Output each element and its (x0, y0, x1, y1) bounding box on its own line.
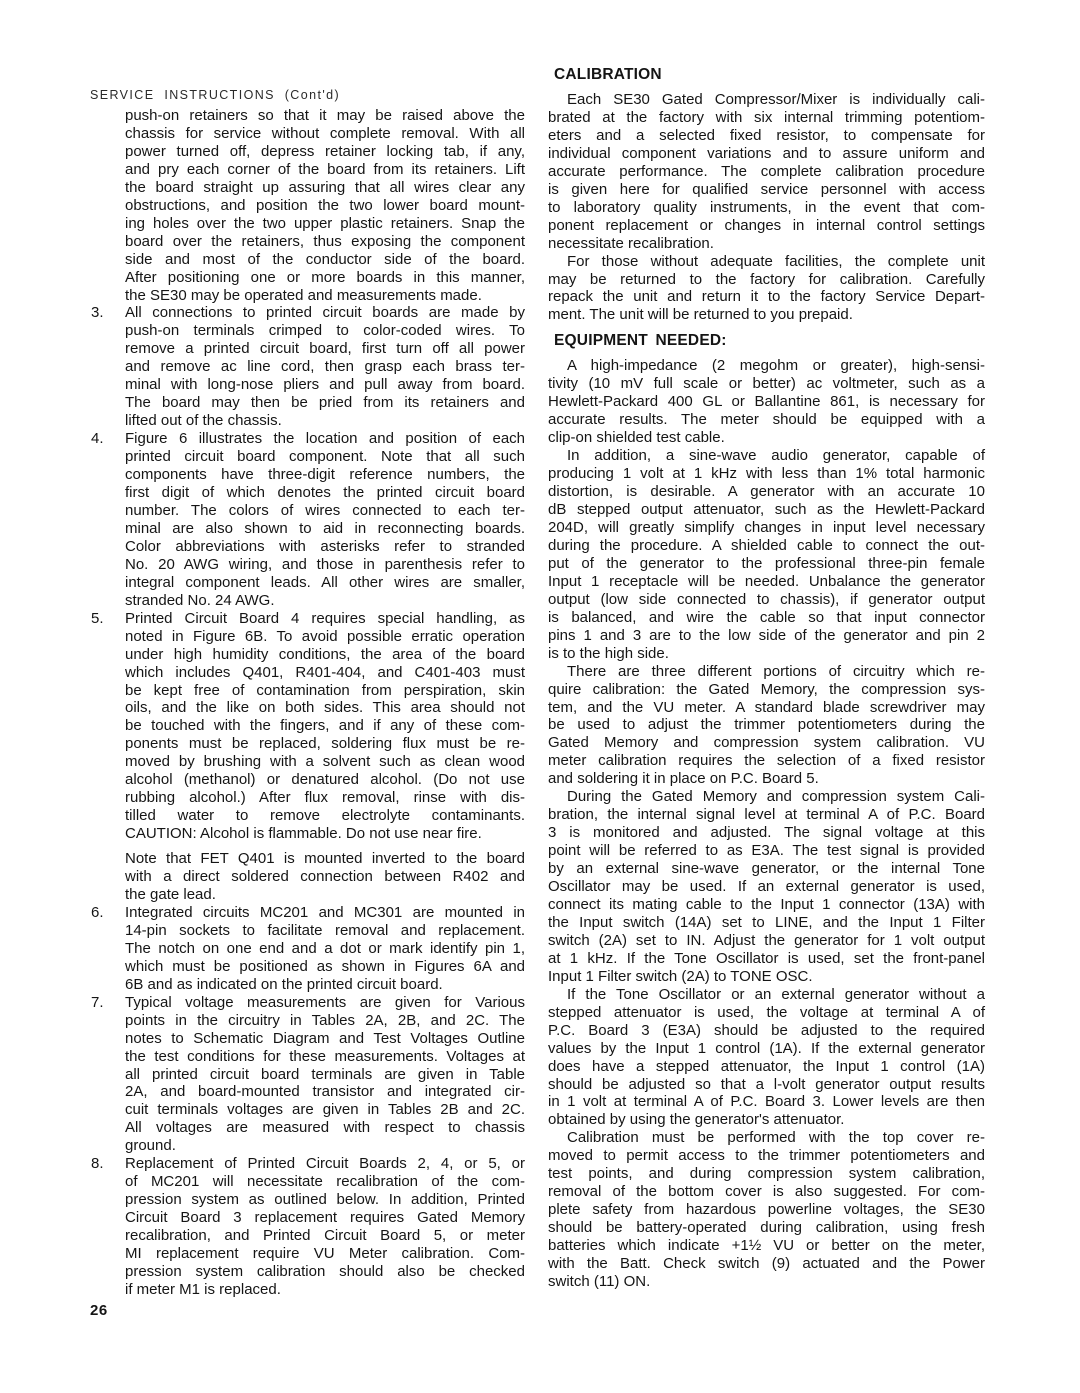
text-line: The board may then be pried from its ret… (125, 394, 525, 412)
list-item: 7.Typical voltage measurements are given… (91, 994, 525, 1156)
text-line: side and most of the conductor side of t… (125, 251, 525, 269)
text-line: No. 20 AWG wiring, and those in parenthe… (125, 556, 525, 574)
text-line: producing 1 volt at 1 kHz with less than… (548, 465, 985, 483)
text-line: which must be positioned as shown in Fig… (125, 958, 525, 976)
text-line: be used to adjust the trimmer potentiome… (548, 716, 985, 734)
text-line: The notch on one end and a dot or mark i… (125, 940, 525, 958)
text-line: notes to Schematic Diagram and Test Volt… (125, 1030, 525, 1048)
text-line: Integrated circuits MC201 and MC301 are … (125, 904, 525, 922)
text-line: all printed circuit board terminals are … (125, 1066, 525, 1084)
paragraph: In addition, a sine-wave audio generator… (548, 447, 985, 662)
text-line: printed circuit board component. Note th… (125, 448, 525, 466)
text-line: 204D, will greatly simplify changes in i… (548, 519, 985, 537)
text-line: tilled water to remove electrolyte conta… (125, 807, 525, 825)
text-line: ponents must be replaced, soldering flux… (125, 735, 525, 753)
text-line: is balanced, and wire the cable so that … (548, 609, 985, 627)
text-line: dB stepped output attenuator, such as th… (548, 501, 985, 519)
text-line: noted in Figure 6B. To avoid possible er… (125, 628, 525, 646)
text-line: In addition, a sine-wave audio generator… (548, 447, 985, 465)
text-line: test points, and during compression syst… (548, 1165, 985, 1183)
text-line: and remove ac line cord, then grasp each… (125, 358, 525, 376)
paragraph: Each SE30 Gated Compressor/Mixer is indi… (548, 91, 985, 253)
text-line: push-on terminals crimped to color-coded… (125, 322, 525, 340)
text-line: minal with long-nose pliers and pull awa… (125, 376, 525, 394)
text-line: necessitate recalibration. (548, 235, 985, 253)
text-line: rubbing alcohol.) After flux removal, ri… (125, 789, 525, 807)
text-line: If the Tone Oscillator or an external ge… (548, 986, 985, 1004)
text-line: Gated Memory and compression system cali… (548, 734, 985, 752)
list-item-text: Replacement of Printed Circuit Boards 2,… (125, 1155, 525, 1299)
text-line: and soldering it in place on P.C. Board … (548, 770, 985, 788)
text-line: under high humidity conditions, the area… (125, 646, 525, 664)
text-line: does have a stepped attenuator, the Inpu… (548, 1058, 985, 1076)
text-line: integral component leads. All other wire… (125, 574, 525, 592)
text-line: points in the circuitry in Tables 2A, 2B… (125, 1012, 525, 1030)
list-item: 3.All connections to printed circuit boa… (91, 304, 525, 430)
text-line: should be battery-operated during calibr… (548, 1219, 985, 1237)
note-paragraph: Note that FET Q401 is mounted inverted t… (125, 850, 525, 904)
text-line: During the Gated Memory and compression … (548, 788, 985, 806)
text-line: Oscillator may be used. If an external g… (548, 878, 985, 896)
text-line: power turned off, depress retainer locki… (125, 143, 525, 161)
text-line: number. The colors of wires connected to… (125, 502, 525, 520)
left-column: push-on retainers so that it may be rais… (91, 107, 525, 1299)
text-line: ing holes over the two upper plastic ret… (125, 215, 525, 233)
text-line: at 1 kHz. If the Tone Oscillator is used… (548, 950, 985, 968)
list-item-text: Typical voltage measurements are given f… (125, 994, 525, 1156)
text-line: ground. (125, 1137, 525, 1155)
text-line: pression system as outlined below. In ad… (125, 1191, 525, 1209)
text-line: brated at the factory with six internal … (548, 109, 985, 127)
text-line: to laboratory quality instruments, in th… (548, 199, 985, 217)
list-item-number: 4. (91, 430, 125, 610)
text-line: with the Batt. Check switch (9) actuated… (548, 1255, 985, 1273)
text-line: Figure 6 illustrates the location and po… (125, 430, 525, 448)
list-item: 4.Figure 6 illustrates the location and … (91, 430, 525, 610)
text-line: Circuit Board 3 replacement requires Gat… (125, 1209, 525, 1227)
list-item-number: 6. (91, 904, 125, 994)
text-line: Calibration must be performed with the t… (548, 1129, 985, 1147)
text-line: ment. The unit will be returned to you p… (548, 306, 985, 324)
text-line: switch (11) ON. (548, 1273, 985, 1291)
text-line: with a direct soldered connection betwee… (125, 868, 525, 886)
text-line: the SE30 may be operated and measurement… (125, 287, 525, 305)
text-line: accurate performance. The complete calib… (548, 163, 985, 181)
text-line: connect its mating cable to the Input 1 … (548, 896, 985, 914)
right-column: CALIBRATIONEach SE30 Gated Compressor/Mi… (548, 66, 985, 1291)
paragraph: Calibration must be performed with the t… (548, 1129, 985, 1291)
paragraph: push-on retainers so that it may be rais… (125, 107, 525, 304)
list-item: 8.Replacement of Printed Circuit Boards … (91, 1155, 525, 1299)
text-line: stranded No. 24 AWG. (125, 592, 525, 610)
text-line: point will be referred to as E3A. The te… (548, 842, 985, 860)
text-line: may be returned to the factory for calib… (548, 271, 985, 289)
text-line: P.C. Board 3 (E3A) should be adjusted to… (548, 1022, 985, 1040)
text-line: meter calibration requires the selection… (548, 752, 985, 770)
text-line: by an external sine-wave generator, or t… (548, 860, 985, 878)
text-line: is to the high side. (548, 645, 985, 663)
text-line: 3 is monitored and adjusted. The signal … (548, 824, 985, 842)
list-item-number: 5. (91, 610, 125, 843)
text-line: tem, and the VU meter. A standard blade … (548, 699, 985, 717)
section-heading: EQUIPMENT NEEDED: (554, 332, 985, 350)
text-line: the gate lead. (125, 886, 525, 904)
page-number: 26 (90, 1302, 108, 1319)
text-line: be kept free of contamination from persp… (125, 682, 525, 700)
text-line: moved to permit access to the trimmer po… (548, 1147, 985, 1165)
paragraph: If the Tone Oscillator or an external ge… (548, 986, 985, 1130)
text-line: be touched with the fingers, and if any … (125, 717, 525, 735)
paragraph: For those without adequate facilities, t… (548, 253, 985, 325)
text-line: A high-impedance (2 megohm or greater), … (548, 357, 985, 375)
text-line: Typical voltage measurements are given f… (125, 994, 525, 1012)
text-line: tivity (10 mV full scale or better) ac v… (548, 375, 985, 393)
text-line: For those without adequate facilities, t… (548, 253, 985, 271)
text-line: Printed Circuit Board 4 requires special… (125, 610, 525, 628)
text-line: the test conditions for these measuremen… (125, 1048, 525, 1066)
list-item-number: 7. (91, 994, 125, 1156)
text-line: 14-pin sockets to facilitate removal and… (125, 922, 525, 940)
text-line: is given here for qualified service pers… (548, 181, 985, 199)
text-line: 2A, and board-mounted transistor and int… (125, 1083, 525, 1101)
list-item: 6.Integrated circuits MC201 and MC301 ar… (91, 904, 525, 994)
text-line: board over the retainers, thus exposing … (125, 233, 525, 251)
text-line: distortion, is desirable. A generator wi… (548, 483, 985, 501)
list-item-number: 3. (91, 304, 125, 430)
text-line: Each SE30 Gated Compressor/Mixer is indi… (548, 91, 985, 109)
text-line: repack the unit and return it to the fac… (548, 288, 985, 306)
text-line: which includes Q401, R401-404, and C401-… (125, 664, 525, 682)
text-line: Input 1 receptacle will be needed. Unbal… (548, 573, 985, 591)
text-line: and pry each corner of the board from it… (125, 161, 525, 179)
text-line: Hewlett-Packard 400 GL or Ballantine 861… (548, 393, 985, 411)
text-line: push-on retainers so that it may be rais… (125, 107, 525, 125)
text-line: pression system calibration should also … (125, 1263, 525, 1281)
list-item-text: All connections to printed circuit board… (125, 304, 525, 430)
text-line: during the procedure. A shielded cable t… (548, 537, 985, 555)
text-line: oils, and the like on both sides. This a… (125, 699, 525, 717)
text-line: obtained by using the generator's attenu… (548, 1111, 985, 1129)
text-line: quire calibration: the Gated Memory, the… (548, 681, 985, 699)
text-line: switch (2A) set to IN. Adjust the genera… (548, 932, 985, 950)
text-line: first digit of which denotes the printed… (125, 484, 525, 502)
text-line: 6B and as indicated on the printed circu… (125, 976, 525, 994)
text-line: There are three different portions of ci… (548, 663, 985, 681)
paragraph: During the Gated Memory and compression … (548, 788, 985, 985)
text-line: of MC201 will necessitate recalibration … (125, 1173, 525, 1191)
text-line: pins 1 and 3 are to the low side of the … (548, 627, 985, 645)
text-line: All connections to printed circuit board… (125, 304, 525, 322)
section-heading: CALIBRATION (554, 66, 985, 84)
text-line: chassis for service without complete rem… (125, 125, 525, 143)
text-line: individual component variations and to a… (548, 145, 985, 163)
paragraph: A high-impedance (2 megohm or greater), … (548, 357, 985, 447)
text-line: After positioning one or more boards in … (125, 269, 525, 287)
text-line: minal are also shown to aid in reconnect… (125, 520, 525, 538)
text-line: batteries which indicate +1½ VU or bette… (548, 1237, 985, 1255)
list-item-text: Printed Circuit Board 4 requires special… (125, 610, 525, 843)
list-item-text: Figure 6 illustrates the location and po… (125, 430, 525, 610)
text-line: stepped attenuator is used, the voltage … (548, 1004, 985, 1022)
text-line: alcohol (methanol) or denatured alcohol.… (125, 771, 525, 789)
text-line: recalibration, and Printed Circuit Board… (125, 1227, 525, 1245)
section-header: SERVICE INSTRUCTIONS (Cont'd) (90, 88, 340, 102)
list-item-number: 8. (91, 1155, 125, 1299)
text-line: plete safety from hazardous powerline vo… (548, 1201, 985, 1219)
list-item-text: Integrated circuits MC201 and MC301 are … (125, 904, 525, 994)
text-line: Note that FET Q401 is mounted inverted t… (125, 850, 525, 868)
text-line: lifted out of the chassis. (125, 412, 525, 430)
text-line: Color abbreviations with asterisks refer… (125, 538, 525, 556)
text-line: All voltages are measured with respect t… (125, 1119, 525, 1137)
text-line: in 1 volt at terminal A of P.C. Board 3.… (548, 1093, 985, 1111)
text-line: eters and a selected fixed resistor, to … (548, 127, 985, 145)
text-line: remove a printed circuit board, first tu… (125, 340, 525, 358)
text-line: obstructions, and position the two lower… (125, 197, 525, 215)
paragraph: There are three different portions of ci… (548, 663, 985, 789)
text-line: the board straight up assuring that all … (125, 179, 525, 197)
text-line: if meter M1 is replaced. (125, 1281, 525, 1299)
text-line: output (low side connected to chassis), … (548, 591, 985, 609)
text-line: clip-on shielded test cable. (548, 429, 985, 447)
text-line: ponent replacement or changes in interna… (548, 217, 985, 235)
text-line: removal of the bottom cover is also sugg… (548, 1183, 985, 1201)
text-line: should be adjusted so that a l-volt gene… (548, 1076, 985, 1094)
text-line: moved by brushing with a solvent such as… (125, 753, 525, 771)
text-line: values by the Input 1 control (1A). If t… (548, 1040, 985, 1058)
text-line: MI replacement require VU Meter calibrat… (125, 1245, 525, 1263)
text-line: Replacement of Printed Circuit Boards 2,… (125, 1155, 525, 1173)
text-line: put of the generator to the professional… (548, 555, 985, 573)
text-line: the Input switch (14A) set to LINE, and … (548, 914, 985, 932)
text-line: accurate results. The meter should be eq… (548, 411, 985, 429)
list-item: 5.Printed Circuit Board 4 requires speci… (91, 610, 525, 843)
text-line: cuit terminals voltages are given in Tab… (125, 1101, 525, 1119)
text-line: bration, the internal signal level at te… (548, 806, 985, 824)
text-line: Input 1 Filter switch (2A) to TONE OSC. (548, 968, 985, 986)
text-line: components have three-digit reference nu… (125, 466, 525, 484)
text-line: CAUTION: Alcohol is flammable. Do not us… (125, 825, 525, 843)
